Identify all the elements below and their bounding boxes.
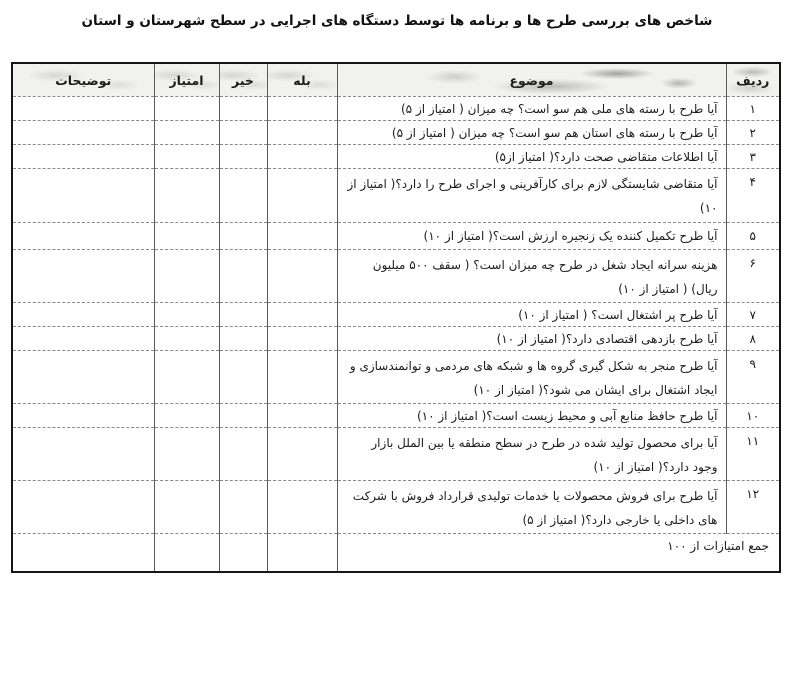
table-row: ۵ آیا طرح تکمیل کننده یک زنجیره ارزش است… <box>12 223 780 250</box>
no-cell <box>219 169 267 223</box>
score-cell <box>154 351 219 404</box>
header-yes: بله <box>267 63 337 97</box>
notes-cell <box>12 97 154 121</box>
notes-cell <box>12 303 154 327</box>
no-cell <box>219 481 267 534</box>
score-cell <box>154 223 219 250</box>
header-row-number: ردیف <box>726 63 780 97</box>
row-number: ۲ <box>726 121 780 145</box>
yes-cell <box>267 145 337 169</box>
notes-cell <box>12 404 154 428</box>
notes-cell <box>12 428 154 481</box>
no-cell <box>219 303 267 327</box>
table-row: ۱ آیا طرح با رسته های ملی هم سو است؟ چه … <box>12 97 780 121</box>
header-row: ردیف موضوع بله خیر امتیاز توضیحات <box>12 63 780 97</box>
notes-cell <box>12 169 154 223</box>
yes-cell <box>267 428 337 481</box>
no-cell <box>219 145 267 169</box>
notes-cell <box>12 481 154 534</box>
notes-cell <box>12 351 154 404</box>
yes-cell <box>267 327 337 351</box>
table-row: ۱۲ آیا طرح برای فروش محصولات یا خدمات تو… <box>12 481 780 534</box>
notes-cell <box>12 223 154 250</box>
document-page: شاخص های بررسی طرح ها و برنامه ها توسط د… <box>0 0 794 686</box>
yes-cell <box>267 250 337 303</box>
notes-cell <box>12 250 154 303</box>
header-notes: توضیحات <box>12 63 154 97</box>
score-cell <box>154 534 219 572</box>
table-row: ۸ آیا طرح بازدهی اقتصادی دارد؟( امتیاز ا… <box>12 327 780 351</box>
subject-cell: آیا طرح بازدهی اقتصادی دارد؟( امتیاز از … <box>337 327 726 351</box>
header-score: امتیاز <box>154 63 219 97</box>
table-row: ۲ آیا طرح با رسته های استان هم سو است؟ چ… <box>12 121 780 145</box>
notes-cell <box>12 327 154 351</box>
table-row: ۹ آیا طرح منجر به شکل گیری گروه ها و شبک… <box>12 351 780 404</box>
table-row: ۴ آیا متقاضی شایستگی لازم برای کارآفرینی… <box>12 169 780 223</box>
table-row: ۶ هزینه سرانه ایجاد شغل در طرح چه میزان … <box>12 250 780 303</box>
score-cell <box>154 327 219 351</box>
evaluation-table: ردیف موضوع بله خیر امتیاز توضیحات ۱ آیا … <box>11 62 781 573</box>
row-number: ۱۱ <box>726 428 780 481</box>
yes-cell <box>267 169 337 223</box>
subject-cell: آیا اطلاعات متقاضی صحت دارد؟( امتیاز از۵… <box>337 145 726 169</box>
score-cell <box>154 121 219 145</box>
no-cell <box>219 404 267 428</box>
row-number: ۴ <box>726 169 780 223</box>
document-title: شاخص های بررسی طرح ها و برنامه ها توسط د… <box>0 13 794 29</box>
subject-cell: آیا طرح برای فروش محصولات یا خدمات تولید… <box>337 481 726 534</box>
yes-cell <box>267 534 337 572</box>
score-cell <box>154 428 219 481</box>
notes-cell <box>12 534 154 572</box>
yes-cell <box>267 97 337 121</box>
subject-cell: آیا متقاضی شایستگی لازم برای کارآفرینی و… <box>337 169 726 223</box>
subject-cell: هزینه سرانه ایجاد شغل در طرح چه میزان اس… <box>337 250 726 303</box>
total-label: جمع امتیازات از ۱۰۰ <box>337 534 780 572</box>
row-number: ۱۰ <box>726 404 780 428</box>
row-number: ۷ <box>726 303 780 327</box>
no-cell <box>219 250 267 303</box>
score-cell <box>154 404 219 428</box>
subject-cell: آیا طرح پر اشتغال است؟ ( امتیاز از ۱۰) <box>337 303 726 327</box>
row-number: ۸ <box>726 327 780 351</box>
score-cell <box>154 481 219 534</box>
no-cell <box>219 97 267 121</box>
table-row: ۱۰ آیا طرح حافظ منابع آبی و محیط زیست اس… <box>12 404 780 428</box>
row-number: ۹ <box>726 351 780 404</box>
no-cell <box>219 121 267 145</box>
header-subject: موضوع <box>337 63 726 97</box>
yes-cell <box>267 404 337 428</box>
no-cell <box>219 534 267 572</box>
yes-cell <box>267 223 337 250</box>
subject-cell: آیا طرح حافظ منابع آبی و محیط زیست است؟(… <box>337 404 726 428</box>
yes-cell <box>267 481 337 534</box>
row-number: ۵ <box>726 223 780 250</box>
score-cell <box>154 145 219 169</box>
subject-cell: آیا طرح تکمیل کننده یک زنجیره ارزش است؟(… <box>337 223 726 250</box>
no-cell <box>219 327 267 351</box>
subject-cell: آیا طرح منجر به شکل گیری گروه ها و شبکه … <box>337 351 726 404</box>
header-no: خیر <box>219 63 267 97</box>
subject-cell: آیا برای محصول تولید شده در طرح در سطح م… <box>337 428 726 481</box>
notes-cell <box>12 121 154 145</box>
table-row: ۱۱ آیا برای محصول تولید شده در طرح در سط… <box>12 428 780 481</box>
total-row: جمع امتیازات از ۱۰۰ <box>12 534 780 572</box>
score-cell <box>154 303 219 327</box>
score-cell <box>154 169 219 223</box>
yes-cell <box>267 303 337 327</box>
table-row: ۳ آیا اطلاعات متقاضی صحت دارد؟( امتیاز ا… <box>12 145 780 169</box>
no-cell <box>219 351 267 404</box>
row-number: ۱ <box>726 97 780 121</box>
yes-cell <box>267 351 337 404</box>
no-cell <box>219 428 267 481</box>
notes-cell <box>12 145 154 169</box>
score-cell <box>154 97 219 121</box>
subject-cell: آیا طرح با رسته های ملی هم سو است؟ چه می… <box>337 97 726 121</box>
row-number: ۶ <box>726 250 780 303</box>
no-cell <box>219 223 267 250</box>
yes-cell <box>267 121 337 145</box>
row-number: ۱۲ <box>726 481 780 534</box>
score-cell <box>154 250 219 303</box>
table-row: ۷ آیا طرح پر اشتغال است؟ ( امتیاز از ۱۰) <box>12 303 780 327</box>
subject-cell: آیا طرح با رسته های استان هم سو است؟ چه … <box>337 121 726 145</box>
row-number: ۳ <box>726 145 780 169</box>
